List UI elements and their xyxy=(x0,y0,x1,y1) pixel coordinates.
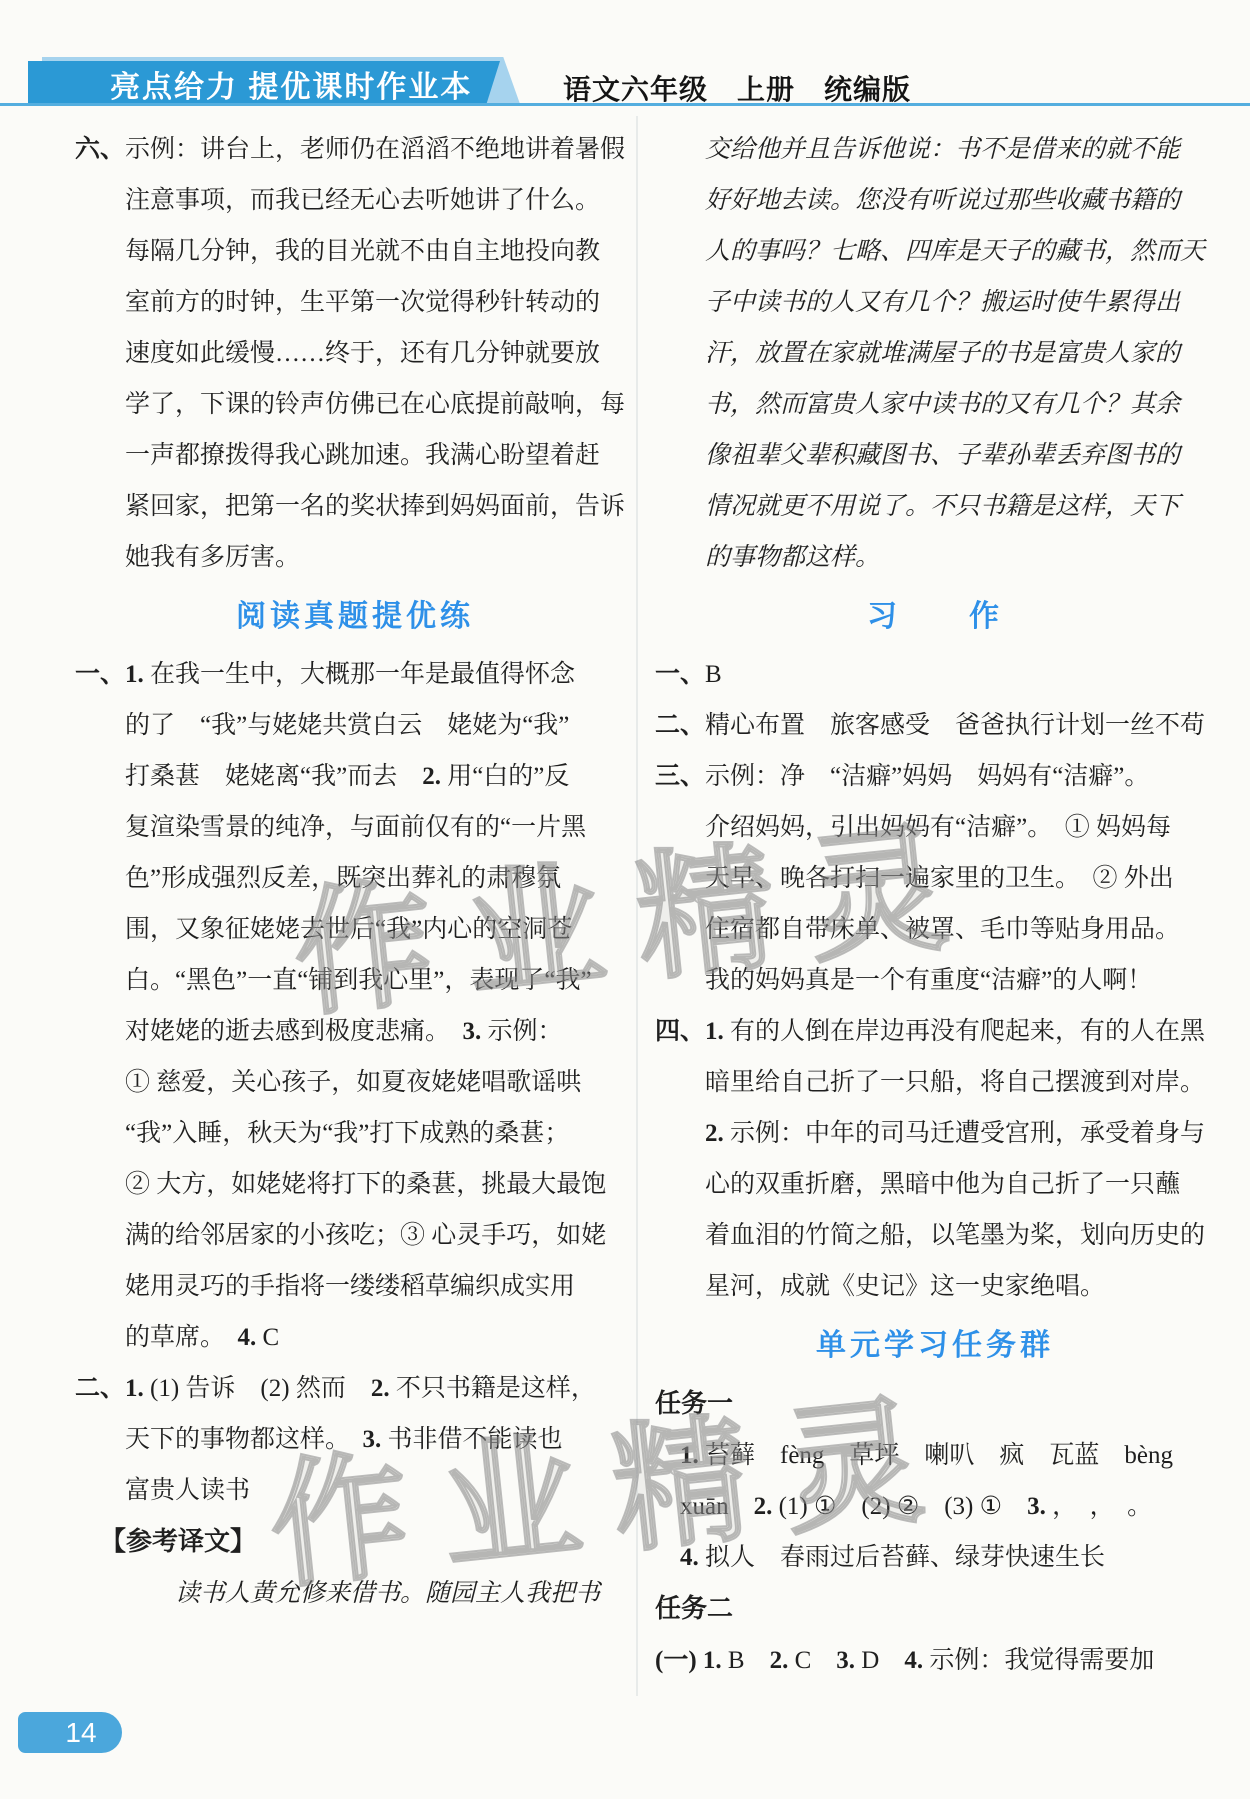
header-banner: 亮点给力 提优课时作业本 xyxy=(28,61,500,106)
answer-line: 的草席。 4. C xyxy=(75,1312,635,1363)
answer-line: 二、精心布置 旅客感受 爸爸执行计划一丝不苟 xyxy=(655,700,1215,751)
answer-line: 姥用灵巧的手指将一缕缕稻草编织成实用 xyxy=(75,1261,635,1312)
answer-line: 六、示例：讲台上，老师仍在滔滔不绝地讲着暑假 xyxy=(75,124,635,175)
answer-line: 色”形成强烈反差，既突出葬礼的肃穆氛 xyxy=(75,853,635,904)
answer-line: 着血泪的竹简之船，以笔墨为桨，划向历史的 xyxy=(655,1210,1215,1261)
answer-line: 好好地去读。您没有听说过那些收藏书籍的 xyxy=(655,175,1215,226)
answer-line: 一、1. 在我一生中，大概那一年是最值得怀念 xyxy=(75,649,635,700)
answer-line: 注意事项，而我已经无心去听她讲了什么。 xyxy=(75,175,635,226)
answer-line: 像祖辈父辈积藏图书、子辈孙辈丢弃图书的 xyxy=(655,430,1215,481)
answer-line: 天早、晚各打扫一遍家里的卫生。 ② 外出 xyxy=(655,853,1215,904)
column-divider xyxy=(636,116,638,1696)
answer-line: 我的妈妈真是一个有重度“洁癖”的人啊！ xyxy=(655,955,1215,1006)
answer-line: 读书人黄允修来借书。随园主人我把书 xyxy=(75,1568,635,1619)
answer-line: 汗，放置在家就堆满屋子的书是富贵人家的 xyxy=(655,328,1215,379)
answer-line: 的事物都这样。 xyxy=(655,532,1215,583)
answer-line: 1. 苔藓 fèng 草坪 喇叭 疯 瓦蓝 bèng xyxy=(655,1430,1215,1481)
answer-line: 4. 拟人 春雨过后苔藓、绿芽快速生长 xyxy=(655,1532,1215,1583)
header-rule xyxy=(0,103,1250,106)
answer-line: 每隔几分钟，我的目光就不由自主地投向教 xyxy=(75,226,635,277)
answer-line: 书，然而富贵人家中读书的又有几个？其余 xyxy=(655,379,1215,430)
page-number: 14 xyxy=(65,1717,96,1749)
answer-line: 她我有多厉害。 xyxy=(75,532,635,583)
answer-line: “我”入睡，秋天为“我”打下成熟的桑葚； xyxy=(75,1108,635,1159)
answer-line: 一、B xyxy=(655,649,1215,700)
section-heading: 习 作 xyxy=(655,583,1215,649)
header-subject: 语文六年级 上册 统编版 xyxy=(563,68,911,108)
answer-line: 复渲染雪景的纯净，与面前仅有的“一片黑 xyxy=(75,802,635,853)
answer-line: 介绍妈妈，引出妈妈有“洁癖”。 ① 妈妈每 xyxy=(655,802,1215,853)
answer-line: 星河，成就《史记》这一史家绝唱。 xyxy=(655,1261,1215,1312)
answer-line: 三、示例：净 “洁癖”妈妈 妈妈有“洁癖”。 xyxy=(655,751,1215,802)
page-number-badge: 14 xyxy=(18,1712,122,1753)
answer-line: 学了，下课的铃声仿佛已在心底提前敲响，每 xyxy=(75,379,635,430)
answer-line: xuān 2. (1) ① (2) ② (3) ① 3. ， ， 。 xyxy=(655,1481,1215,1532)
answer-line: ② 大方，如姥姥将打下的桑葚，挑最大最饱 xyxy=(75,1159,635,1210)
answer-line: 心的双重折磨，黑暗中他为自己折了一只蘸 xyxy=(655,1159,1215,1210)
answer-line: 围，又象征姥姥去世后“我”内心的空洞苍 xyxy=(75,904,635,955)
answer-line: 富贵人读书 xyxy=(75,1465,635,1516)
answer-line: 的了 “我”与姥姥共赏白云 姥姥为“我” xyxy=(75,700,635,751)
answer-line: 一声都撩拨得我心跳加速。我满心盼望着赶 xyxy=(75,430,635,481)
brand-title: 亮点给力 提优课时作业本 xyxy=(110,62,472,106)
answer-line: 住宿都自带床单、被罩、毛巾等贴身用品。 xyxy=(655,904,1215,955)
answer-line: 白。“黑色”一直“铺到我心里”，表现了“我” xyxy=(75,955,635,1006)
answer-line: 人的事吗？七略、四库是天子的藏书，然而天 xyxy=(655,226,1215,277)
answer-line: 2. 示例：中年的司马迁遭受宫刑，承受着身与 xyxy=(655,1108,1215,1159)
answer-line: 任务二 xyxy=(655,1583,1215,1635)
answer-line: 交给他并且告诉他说：书不是借来的就不能 xyxy=(655,124,1215,175)
answer-line: 暗里给自己折了一只船，将自己摆渡到对岸。 xyxy=(655,1057,1215,1108)
answer-line: 室前方的时钟，生平第一次觉得秒针转动的 xyxy=(75,277,635,328)
answer-line: 满的给邻居家的小孩吃；③ 心灵手巧，如姥 xyxy=(75,1210,635,1261)
answer-line: 对姥姥的逝去感到极度悲痛。 3. 示例： xyxy=(75,1006,635,1057)
answer-line: ① 慈爱，关心孩子，如夏夜姥姥唱歌谣哄 xyxy=(75,1057,635,1108)
answer-line: 天下的事物都这样。 3. 书非借不能读也 xyxy=(75,1414,635,1465)
section-heading: 阅读真题提优练 xyxy=(75,583,635,649)
answer-line: 打桑葚 姥姥离“我”而去 2. 用“白的”反 xyxy=(75,751,635,802)
answer-line: 任务一 xyxy=(655,1378,1215,1430)
answer-line: 紧回家，把第一名的奖状捧到妈妈面前，告诉 xyxy=(75,481,635,532)
answer-line: 子中读书的人又有几个？搬运时使牛累得出 xyxy=(655,277,1215,328)
answer-column-left: 六、示例：讲台上，老师仍在滔滔不绝地讲着暑假注意事项，而我已经无心去听她讲了什么… xyxy=(75,124,635,1619)
workbook-answer-page: 亮点给力 提优课时作业本 语文六年级 上册 统编版 六、示例：讲台上，老师仍在滔… xyxy=(0,0,1250,1799)
section-heading: 单元学习任务群 xyxy=(655,1312,1215,1378)
answer-line: 速度如此缓慢……终于，还有几分钟就要放 xyxy=(75,328,635,379)
answer-column-right: 交给他并且告诉他说：书不是借来的就不能好好地去读。您没有听说过那些收藏书籍的人的… xyxy=(655,124,1215,1686)
answer-line: (一) 1. B 2. C 3. D 4. 示例：我觉得需要加 xyxy=(655,1635,1215,1686)
answer-line: 情况就更不用说了。不只书籍是这样，天下 xyxy=(655,481,1215,532)
answer-line: 【参考译文】 xyxy=(75,1516,635,1568)
answer-line: 二、1. (1) 告诉 (2) 然而 2. 不只书籍是这样， xyxy=(75,1363,635,1414)
answer-line: 四、1. 有的人倒在岸边再没有爬起来，有的人在黑 xyxy=(655,1006,1215,1057)
